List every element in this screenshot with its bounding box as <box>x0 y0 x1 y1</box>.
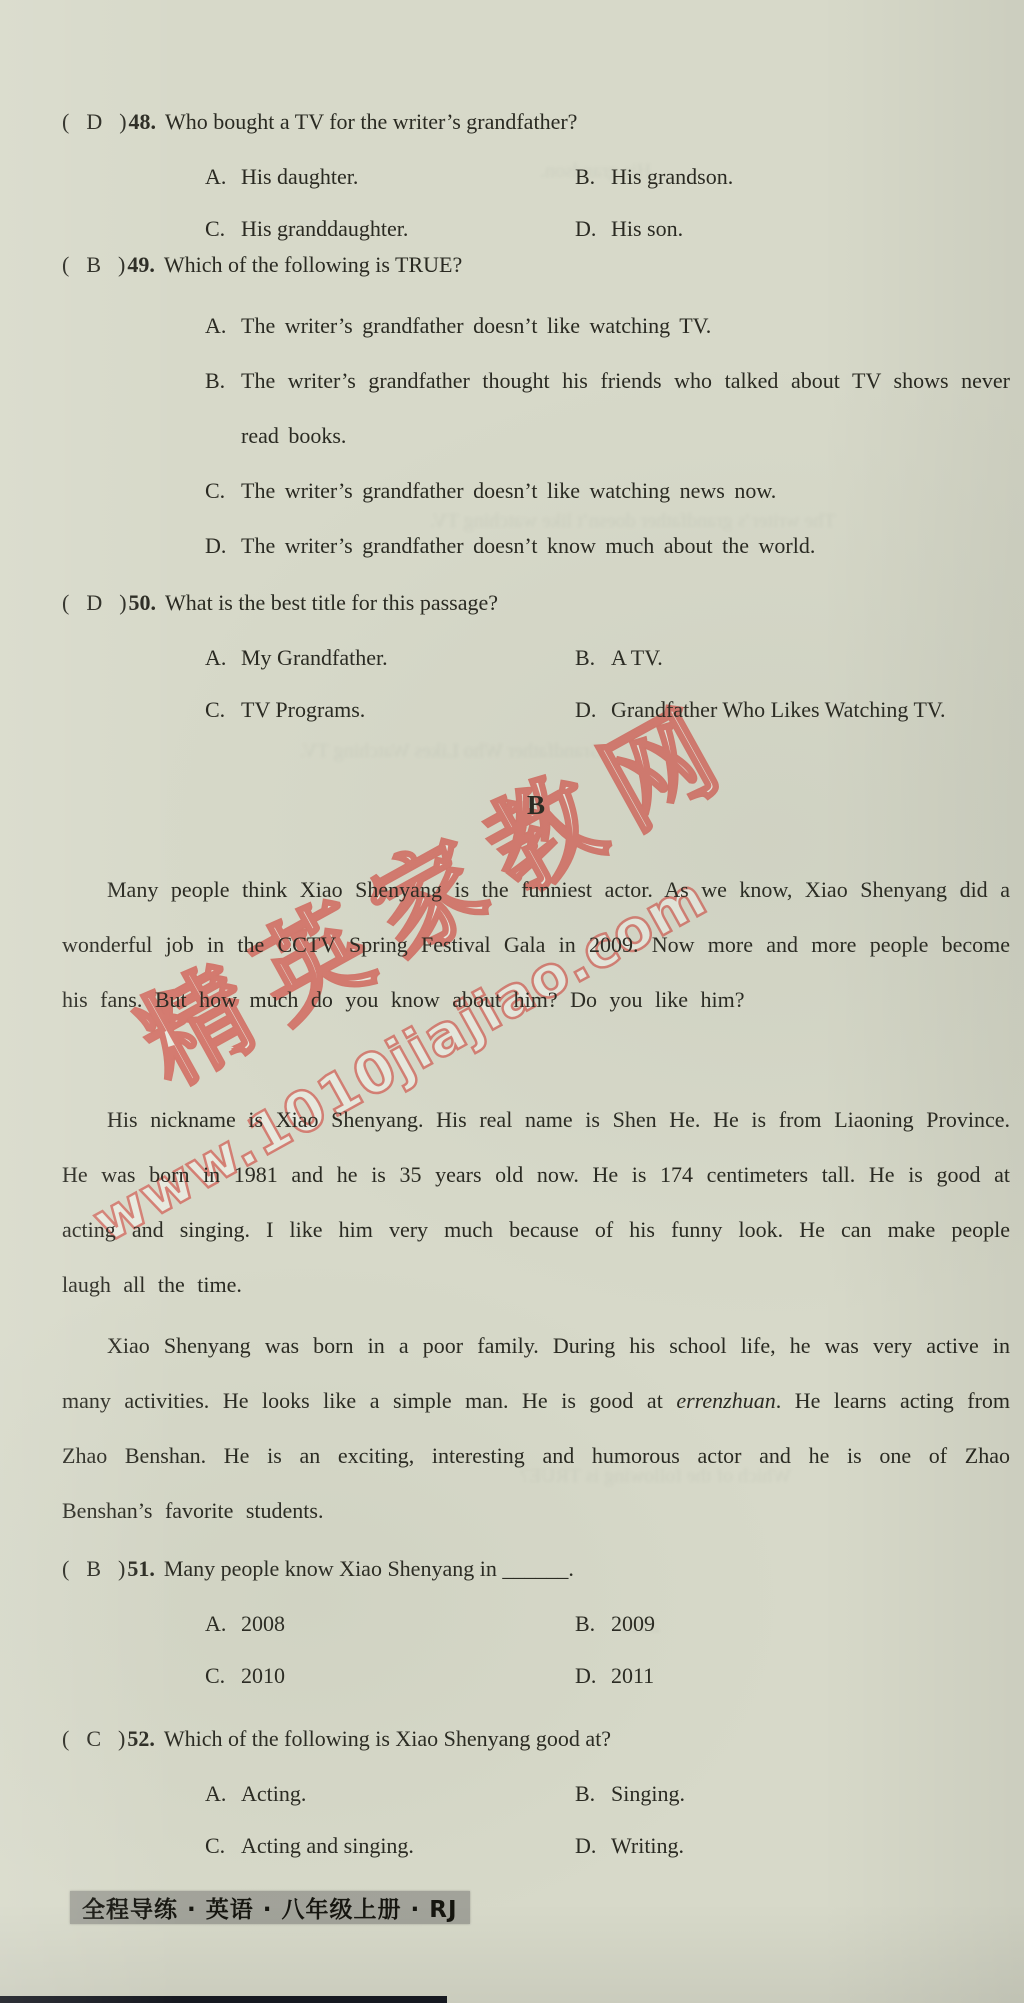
footer-series-label: 全程导练 · 英语 · 八年级上册 · RJ <box>70 1891 470 1924</box>
option-c: C.Acting and singing. <box>205 1820 575 1872</box>
question-51: ( B )51.Many people know Xiao Shenyang i… <box>62 1552 1010 1702</box>
option-b: B.A TV. <box>575 632 1010 684</box>
question-number: 49. <box>127 252 155 277</box>
question-48-options: A.His daughter. B.His grandson. C.His gr… <box>62 151 1010 255</box>
question-48-line: ( D )48.Who bought a TV for the writer’s… <box>62 105 1010 139</box>
section-b-heading: B <box>62 785 1010 825</box>
option-d: D.2011 <box>575 1650 1010 1702</box>
question-number: 50. <box>129 590 157 615</box>
passage-paragraph-1: Many people think Xiao Shenyang is the f… <box>62 862 1010 1027</box>
answer-blank: ( C ) <box>62 1726 127 1751</box>
option-b: B.His grandson. <box>575 151 1010 203</box>
question-50-line: ( D )50.What is the best title for this … <box>62 586 1010 620</box>
option-a: A.2008 <box>205 1598 575 1650</box>
option-d: D.The writer’s grandfather doesn’t know … <box>62 518 1010 573</box>
question-52-line: ( C )52.Which of the following is Xiao S… <box>62 1722 1010 1756</box>
option-c: C.TV Programs. <box>205 684 575 736</box>
question-50: ( D )50.What is the best title for this … <box>62 586 1010 736</box>
option-a: A.My Grandfather. <box>205 632 575 684</box>
question-number: 51. <box>127 1556 155 1581</box>
question-number: 52. <box>127 1726 155 1751</box>
question-49-options: A.The writer’s grandfather doesn’t like … <box>62 298 1010 573</box>
footer-series-text: 全程导练 · 英语 · 八年级上册 · RJ <box>82 1891 458 1924</box>
option-a: A.The writer’s grandfather doesn’t like … <box>62 298 1010 353</box>
answer-blank: ( D ) <box>62 109 129 134</box>
option-a: A.His daughter. <box>205 151 575 203</box>
scan-edge-artifact <box>0 1996 447 2003</box>
option-d: D.Grandfather Who Likes Watching TV. <box>575 684 1010 736</box>
question-48: ( D )48.Who bought a TV for the writer’s… <box>62 105 1010 255</box>
answer-blank: ( B ) <box>62 1556 127 1581</box>
question-51-line: ( B )51.Many people know Xiao Shenyang i… <box>62 1552 1010 1586</box>
passage-paragraph-3: Xiao Shenyang was born in a poor family.… <box>62 1318 1010 1538</box>
italic-term: errenzhuan <box>676 1388 775 1413</box>
workbook-page: His grandson. The writer’s grandfather d… <box>0 0 1024 2003</box>
option-b: B.Singing. <box>575 1768 1010 1820</box>
option-b: B.The writer’s grandfather thought his f… <box>62 353 1010 463</box>
question-51-options: A.2008 B.2009 C.2010 D.2011 <box>62 1598 1010 1702</box>
question-49-line: ( B )49.Which of the following is TRUE? <box>62 248 1010 282</box>
question-49: ( B )49.Which of the following is TRUE? … <box>62 248 1010 573</box>
question-text: Which of the following is Xiao Shenyang … <box>164 1726 611 1751</box>
answer-blank: ( D ) <box>62 590 129 615</box>
question-text: Many people know Xiao Shenyang in ______… <box>164 1556 574 1581</box>
page-content: ( D )48.Who bought a TV for the writer’s… <box>62 0 1010 2003</box>
question-number: 48. <box>129 109 157 134</box>
question-52: ( C )52.Which of the following is Xiao S… <box>62 1722 1010 1872</box>
question-text: Who bought a TV for the writer’s grandfa… <box>165 109 577 134</box>
question-50-options: A.My Grandfather. B.A TV. C.TV Programs.… <box>62 632 1010 736</box>
option-b: B.2009 <box>575 1598 1010 1650</box>
question-text: What is the best title for this passage? <box>165 590 498 615</box>
option-a: A.Acting. <box>205 1768 575 1820</box>
question-text: Which of the following is TRUE? <box>164 252 462 277</box>
question-52-options: A.Acting. B.Singing. C.Acting and singin… <box>62 1768 1010 1872</box>
answer-blank: ( B ) <box>62 252 127 277</box>
option-d: D.Writing. <box>575 1820 1010 1872</box>
passage-paragraph-2: His nickname is Xiao Shenyang. His real … <box>62 1092 1010 1312</box>
option-c: C.The writer’s grandfather doesn’t like … <box>62 463 1010 518</box>
option-c: C.2010 <box>205 1650 575 1702</box>
